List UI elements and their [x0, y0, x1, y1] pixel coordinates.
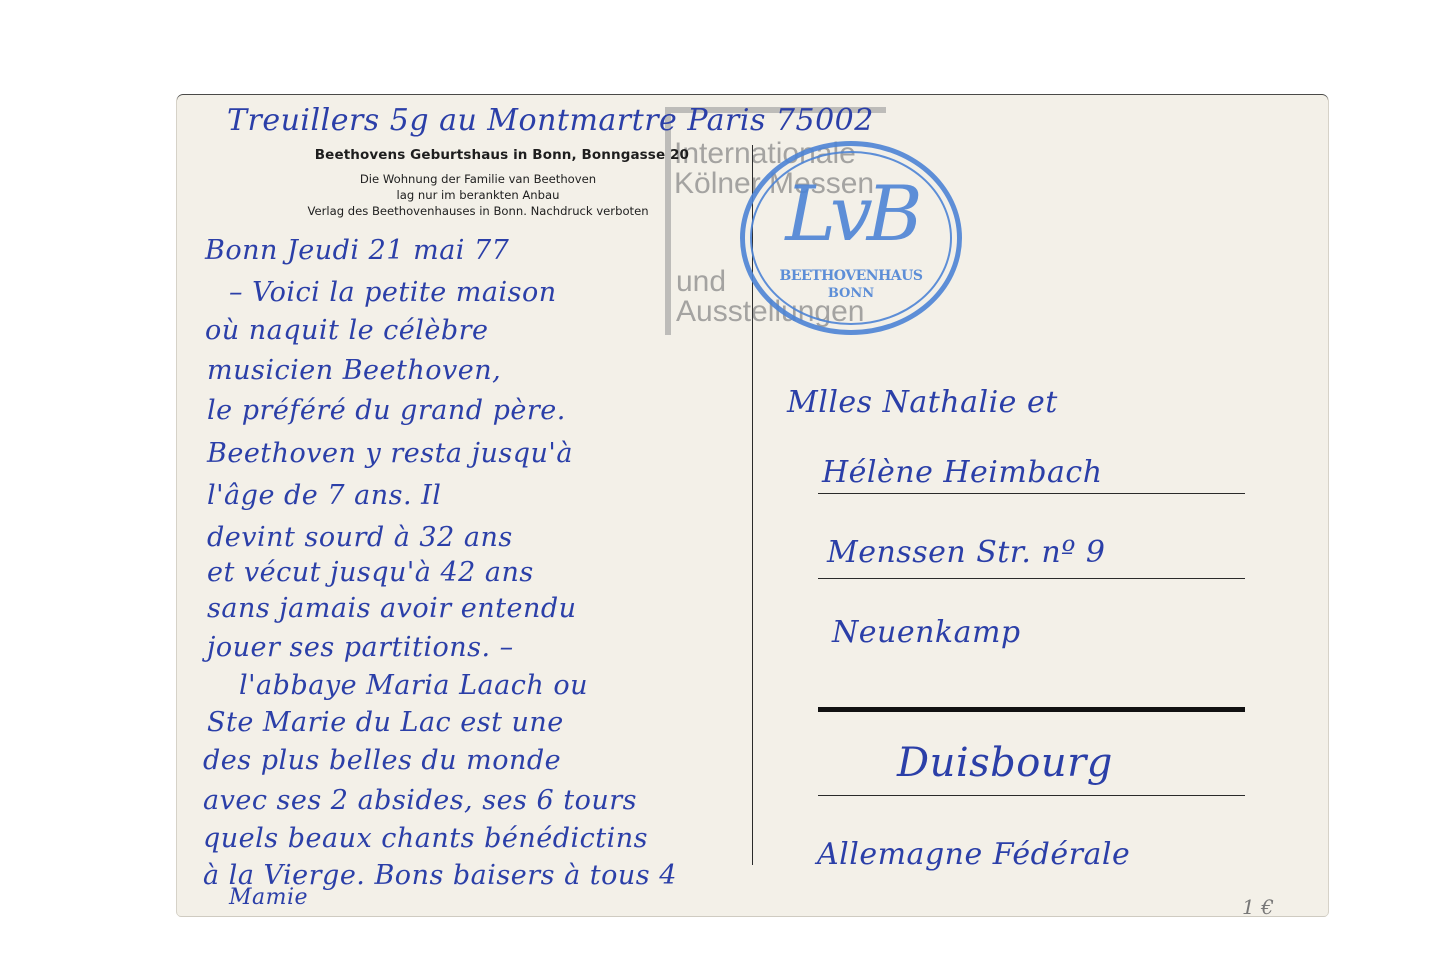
address-line: Allemagne Fédérale — [817, 837, 1130, 872]
message-line: avec ses 2 absides, ses 6 tours — [203, 785, 637, 816]
postmark-line-3: und — [676, 267, 726, 297]
message-line: l'abbaye Maria Laach ou — [239, 670, 588, 701]
sender-line: Treuillers 5g au Montmartre Paris 75002 — [227, 103, 874, 138]
beethovenhaus-stamp: LvB BEETHOVENHAUS BONN — [740, 141, 962, 335]
caption-line: lag nur im berankten Anbau — [229, 187, 689, 203]
message-line: des plus belles du monde — [203, 745, 561, 776]
message-line: le préféré du grand père. — [207, 395, 566, 426]
caption-line: Verlag des Beethovenhauses in Bonn. Nach… — [229, 203, 689, 219]
message-line: l'âge de 7 ans. Il — [207, 480, 441, 511]
message-line: Bonn Jeudi 21 mai 77 — [205, 235, 509, 266]
message-line: – Voici la petite maison — [229, 277, 557, 308]
message-line: devint sourd à 32 ans — [207, 522, 513, 553]
printed-caption: Beethovens Geburtshaus in Bonn, Bonngass… — [229, 147, 689, 219]
address-rule — [818, 578, 1245, 579]
message-line: jouer ses partitions. – — [207, 632, 514, 663]
message-line: Ste Marie du Lac est une — [207, 707, 564, 738]
address-line: Neuenkamp — [832, 615, 1021, 650]
address-rule — [818, 493, 1245, 494]
message-line: quels beaux chants bénédictins — [203, 823, 648, 854]
address-rule-thick — [818, 707, 1245, 712]
address-line: Mlles Nathalie et — [787, 385, 1058, 420]
message-line: Mamie — [229, 885, 308, 910]
message-line: où naquit le célèbre — [205, 315, 489, 346]
message-line: et vécut jusqu'à 42 ans — [207, 557, 534, 588]
stamp-monogram: LvB — [745, 174, 957, 254]
pencil-price-mark: 1 € — [1242, 895, 1274, 919]
address-line: Duisbourg — [897, 740, 1113, 786]
caption-line: Die Wohnung der Familie van Beethoven — [229, 171, 689, 187]
message-line: sans jamais avoir entendu — [207, 593, 577, 624]
message-line: Beethoven y resta jusqu'à — [207, 438, 573, 469]
address-rule — [818, 795, 1245, 796]
stamp-city: BONN — [745, 286, 957, 301]
caption-title: Beethovens Geburtshaus in Bonn, Bonngass… — [229, 147, 689, 163]
message-line: musicien Beethoven, — [207, 355, 501, 386]
address-line: Hélène Heimbach — [822, 455, 1103, 490]
stamp-name: BEETHOVENHAUS — [745, 268, 957, 284]
postcard: Internationale Kölner Messen und Ausstel… — [177, 95, 1328, 916]
address-line: Menssen Str. nº 9 — [827, 535, 1105, 570]
